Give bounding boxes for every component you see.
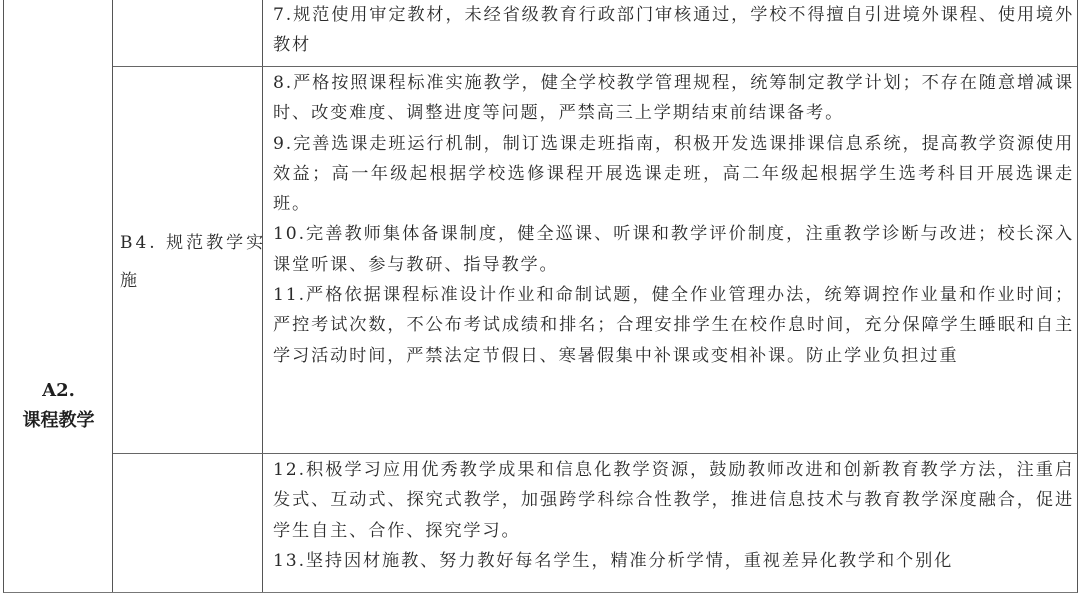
level1-indicator: A2. 课程教学 [4, 376, 113, 436]
column-divider-1 [112, 0, 113, 592]
item-text: 9.完善选课走班运行机制，制订选课走班指南，积极开发选课排课信息系统，提高教学资… [273, 129, 1074, 220]
level2-indicator-b4: B4. 规范教学实施 [114, 224, 270, 300]
level1-code: A2. [4, 376, 113, 406]
level1-title: 课程教学 [4, 406, 113, 436]
item-text: 8.严格按照课程标准实施教学，健全学校教学管理规程，统筹制定教学计划；不存在随意… [273, 68, 1074, 129]
row-divider-1 [113, 66, 1077, 67]
item-text: 7.规范使用审定教材，未经省级教育行政部门审核通过，学校不得擅自引进境外课程、使… [273, 0, 1074, 61]
item-text: 12.积极学习应用优秀教学成果和信息化教学资源，鼓励教师改进和创新教育教学方法，… [273, 455, 1074, 546]
item-text: 11.严格依据课程标准设计作业和命制试题，健全作业管理办法，统筹调控作业量和作业… [273, 280, 1074, 371]
item-text: 13.坚持因材施教、努力教好每名学生，精准分析学情，重视差异化教学和个别化 [273, 546, 1074, 576]
standards-table: A2. 课程教学 B4. 规范教学实施 7.规范使用审定教材，未经省级教育行政部… [3, 0, 1078, 593]
row-items-8-11: 8.严格按照课程标准实施教学，健全学校教学管理规程，统筹制定教学计划；不存在随意… [264, 68, 1078, 371]
item-text: 10.完善教师集体备课制度，健全巡课、听课和教学评价制度，注重教学诊断与改进；校… [273, 219, 1074, 280]
row-item-7: 7.规范使用审定教材，未经省级教育行政部门审核通过，学校不得擅自引进境外课程、使… [264, 0, 1078, 61]
row-divider-2 [113, 453, 1077, 454]
row-items-12-13: 12.积极学习应用优秀教学成果和信息化教学资源，鼓励教师改进和创新教育教学方法，… [264, 455, 1078, 576]
